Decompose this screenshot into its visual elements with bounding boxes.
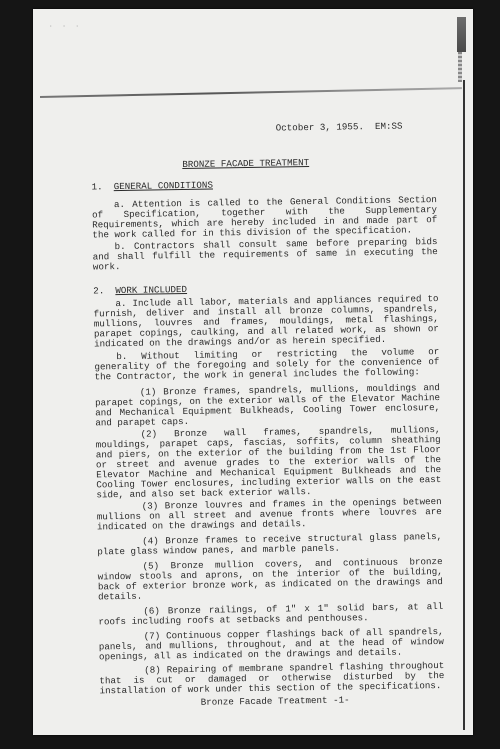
- list-item-6: (6) Bronze railings, of 1" x 1" solid ba…: [98, 602, 443, 627]
- paragraph-2a: a. Include all labor, materials and appl…: [93, 294, 439, 349]
- paragraph-1b: b. Contractors shall consult same before…: [93, 237, 438, 272]
- list-item-3: (3) Bronze louvres and frames in the ope…: [97, 497, 442, 532]
- list-item-7: (7) Continuous copper flashings back of …: [99, 627, 444, 662]
- section-number: 2.: [93, 285, 104, 296]
- paragraph-2b: b. Without limiting or restricting the v…: [94, 347, 439, 382]
- section-number: 1.: [92, 181, 103, 192]
- page-footer: Bronze Facade Treatment -1-: [201, 695, 350, 707]
- section-1-heading: 1. GENERAL CONDITIONS: [92, 181, 213, 193]
- list-item-5: (5) Bronze mullion covers, and continuou…: [98, 557, 444, 602]
- section-2-heading: 2. WORK INCLUDED: [93, 285, 187, 296]
- list-item-1: (1) Bronze frames, spandrels, mullions, …: [95, 383, 441, 428]
- typed-document: October 3, 1955. EM:SS BRONZE FACADE TRE…: [0, 0, 500, 749]
- list-item-4: (4) Bronze frames to receive structural …: [97, 532, 442, 557]
- section-title: GENERAL CONDITIONS: [114, 180, 213, 193]
- document-title: BRONZE FACADE TREATMENT: [182, 158, 309, 170]
- date-line: October 3, 1955. EM:SS: [276, 122, 403, 134]
- paragraph-1a: a. Attention is called to the General Co…: [92, 195, 438, 240]
- list-item-2: (2) Bronze wall frames, spandrels, mulli…: [95, 425, 441, 500]
- section-title: WORK INCLUDED: [115, 284, 187, 296]
- list-item-8: (8) Repairing of membrane spandrel flash…: [99, 661, 444, 696]
